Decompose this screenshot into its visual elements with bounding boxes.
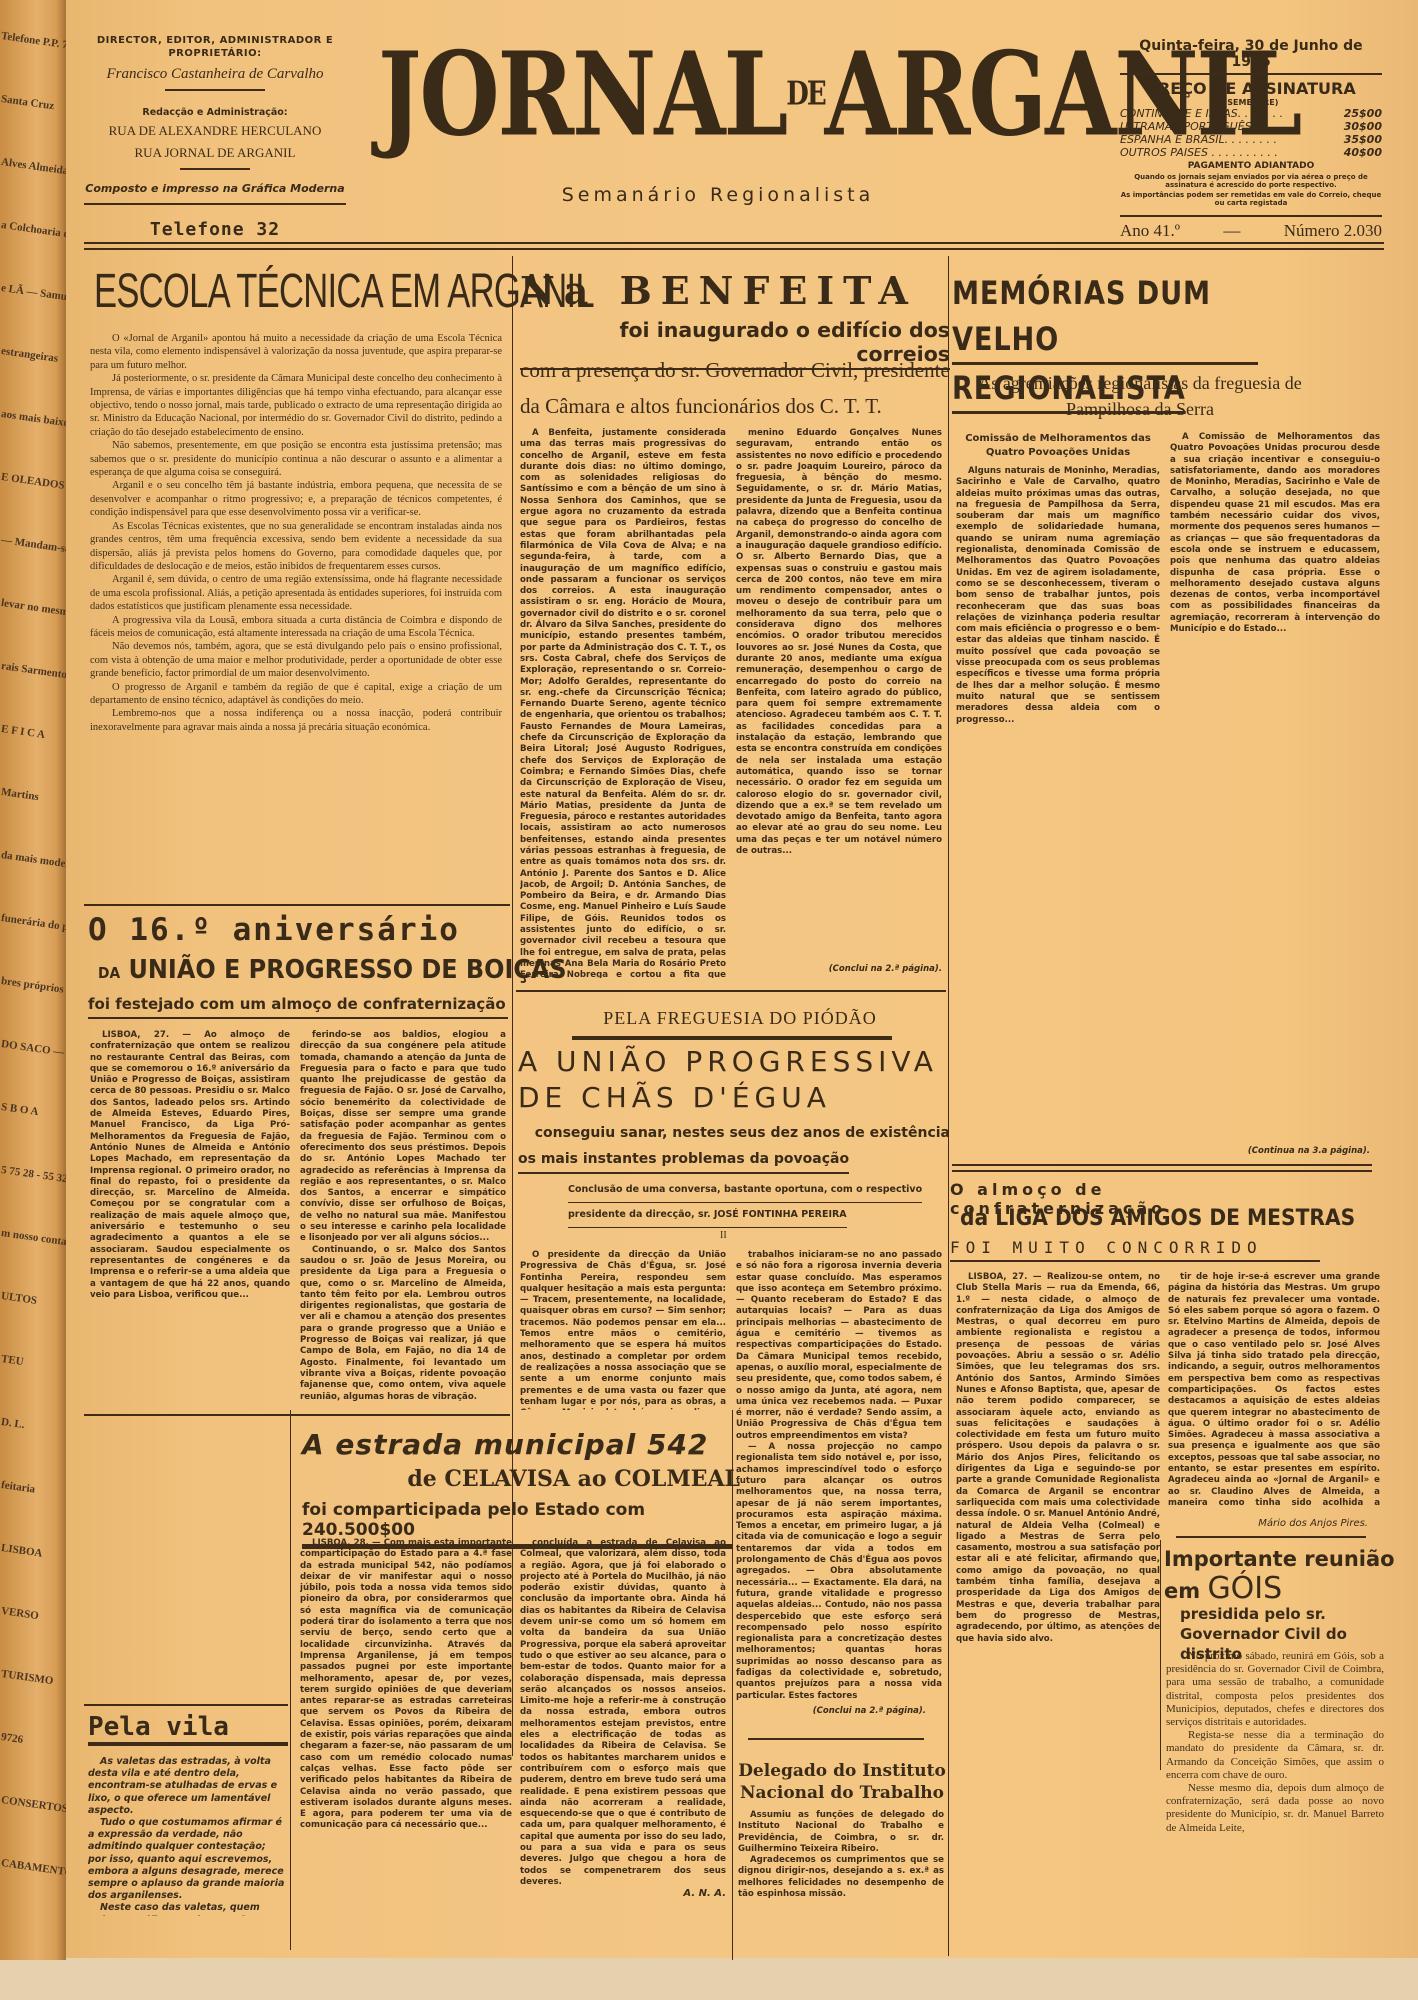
headline-boicas: DA UNIÃO E PROGRESSO DE BOIÇAS [98, 955, 484, 985]
spine-fragment: ULTOS [0, 1290, 37, 1307]
spine-fragment: aos mais baixos preços [0, 408, 66, 435]
paragraph: Não sabemos, presentemente, em que posiç… [90, 439, 502, 479]
article-liga-col1: LISBOA, 27. — Realizou-se ontem, no Club… [956, 1272, 1160, 1942]
price-row: OUTROS PAISES . . . . . . . . . .40$00 [1120, 146, 1382, 159]
printer-credit: Composto e impresso na Gráfica Moderna [84, 182, 346, 195]
issue-number: Número 2.030 [1284, 221, 1382, 241]
paragraph: Não devemos nós, também, agora, que se e… [90, 640, 502, 680]
paragraph: Arganil e o seu concelho têm já bastante… [90, 479, 502, 519]
spine-fragment: feitaria [0, 1479, 36, 1496]
staff-label: DIRECTOR, EDITOR, ADMINISTRADOR E PROPRI… [84, 34, 346, 60]
subhead-celavisa: de CELAVISA ao COLMEAL [380, 1466, 740, 1492]
article-escola-tecnica: O «Jornal de Arganil» apontou há muito a… [90, 332, 502, 900]
spine-fragment: rais Sarmento, 104 [0, 660, 66, 684]
price-list: CONTINENTE E ILHAS. . . . . . .25$00ULTR… [1120, 107, 1382, 159]
article-pela-vila: As valetas das estradas, à volta desta v… [88, 1756, 286, 1916]
article-gois: No próximo sábado, reunirá em Góis, sob … [1166, 1650, 1384, 1910]
article-memorias-col1: Comissão de Melhoramentos das Quatro Pov… [956, 432, 1160, 1122]
headline-escola-tecnica: ESCOLA TÉCNICA EM ARGANIL [94, 262, 385, 322]
spine-fragment: Santa Cruz [0, 93, 55, 112]
phone-number: Telefone 32 [84, 219, 346, 240]
spine-fragment: — Mandam-se buscar [0, 534, 66, 560]
article-memorias-col2: A Comissão de Melhoramentos das Quatro P… [1170, 432, 1380, 1122]
spine-fragment: S B O A [0, 1101, 39, 1118]
subhead-liga: FOI MUITO CONCORRIDO [950, 1238, 1320, 1262]
spine-fragment: bres próprios [0, 975, 64, 996]
spine-fragment: VERSO [0, 1605, 39, 1622]
paragraph: Nesse mesmo dia, depois dum almoço de co… [1166, 1782, 1384, 1835]
article-delegado: Assumiu as funções de delegado do Instit… [738, 1810, 944, 1900]
address-line: RUA DE ALEXANDRE HERCULANO [84, 122, 346, 140]
paragraph: Arganil é, sem dúvida, o centro de uma r… [90, 573, 502, 613]
interview-note: Conclusão de uma conversa, bastante opor… [568, 1178, 948, 1228]
spine-fragment: DO SACO — 42 [0, 1038, 66, 1061]
spine-fragment: LISBOA [0, 1542, 43, 1560]
section-number: II [720, 1230, 727, 1241]
paragraph: Assumiu as funções de delegado do Instit… [738, 1810, 944, 1855]
article-boicas-col2: ferindo-se aos baldios, elogiou a direcç… [300, 1030, 506, 1410]
spine-fragment: estrangeiras [0, 345, 59, 365]
subhead-benfeita: com a presença do sr. Governador Civil, … [520, 352, 950, 424]
headline-chas-degua: A UNIÃO PROGRESSIVA DE CHÃS D'ÉGUA [518, 1044, 950, 1116]
spine-fragment: CABAMENTO [0, 1857, 66, 1879]
price-title: PREÇO DE ASSINATURA [1120, 79, 1382, 98]
paragraph: Já posteriormente, o sr. presidente da C… [90, 372, 502, 439]
masthead-info-box: Quinta-feira, 30 de Junho de 1966 PREÇO … [1120, 38, 1382, 241]
spine-fragment: TURISMO [0, 1668, 54, 1687]
subhead-boicas: foi festejado com um almoço de confrater… [88, 995, 508, 1019]
spine-fragment: Alves Almeida [0, 156, 66, 177]
continuation-note: (Conclui na 2.ª página). [736, 1706, 926, 1716]
headline-pela-vila: Pela vila [88, 1712, 288, 1746]
headline-liga: da LIGA DOS AMIGOS DE MESTRAS [960, 1206, 1300, 1231]
headline-gois: Importante reunião em GÓIS [1164, 1544, 1404, 1606]
spine-fragment: D. L. [0, 1416, 25, 1431]
adjacent-page-spine: Telefone P.P. 75 43Santa CruzAlves Almei… [0, 0, 66, 1960]
continuation-note: (Continua na 3.a página). [1170, 1146, 1370, 1156]
article-estrada-col1: LISBOA, 28. — Com mais esta importante c… [300, 1538, 512, 1950]
newspaper-logo: JORNALDEARGANIL Semanário Regionalista [378, 38, 1058, 208]
headline-estrada: A estrada municipal 542 [302, 1428, 742, 1461]
remittance-note: As importâncias podem ser remetidas em v… [1120, 191, 1382, 207]
paragraph: Regista-se nesse dia a terminação do man… [1166, 1729, 1384, 1782]
spine-fragment: E F I C A [0, 723, 45, 741]
headline-delegado: Delegado do Instituto Nacional do Trabal… [738, 1760, 946, 1804]
spine-fragment: 5 75 28 - 55 32 31 [0, 1164, 66, 1187]
subhead-memorias: As agremiações regionalistas da freguesi… [960, 370, 1320, 422]
issue-date: Quinta-feira, 30 de Junho de 1966 [1120, 38, 1382, 75]
price-period: (SEMESTRE) [1120, 98, 1382, 107]
continuation-note: (Conclui na 2.ª página). [736, 964, 942, 974]
logo-title: JORNALDEARGANIL [378, 1, 1058, 189]
paragraph: O «Jornal de Arganil» apontou há muito a… [90, 332, 502, 372]
spine-fragment: CONSERTOS [0, 1794, 66, 1815]
article-boicas-col1: LISBOA, 27. — Ao almoço de confraterniza… [90, 1030, 290, 1410]
paragraph: Agradecemos os cumprimentos que se digno… [738, 1855, 944, 1900]
article-estrada-col2: concluída a estrada de Celavisa ao Colme… [520, 1538, 726, 1950]
spine-fragment: E OLEADOS [0, 471, 65, 492]
price-row: CONTINENTE E ILHAS. . . . . . .25$00 [1120, 107, 1382, 120]
owner-name: Francisco Castanheira de Carvalho [84, 66, 346, 83]
article-piodao-col1: O presidente da direcção da União Progre… [520, 1250, 726, 1410]
redaction-label: Redacção e Administração: [84, 107, 346, 118]
article-liga-col2: tir de hoje ir-se-á escrever uma grande … [1168, 1272, 1380, 1508]
paragraph: O progresso de Arganil e também da regiã… [90, 681, 502, 708]
article-benfeita-col1: A Benfeita, justamente considerada uma d… [520, 428, 726, 978]
kicker-benfeita: Na BENFEITA [520, 268, 950, 313]
signature: Mário dos Anjos Pires. [1168, 1518, 1368, 1529]
spine-fragment: levar no mesmo dia [0, 597, 66, 622]
kicker-piodao: PELA FREGUESIA DO PIÓDÃO [540, 1008, 940, 1029]
spine-fragment: Telefone P.P. 75 43 [0, 30, 66, 54]
paragraph: Neste caso das valetas, quem quiser cert… [88, 1902, 286, 1916]
address-line: RUA JORNAL DE ARGANIL [84, 144, 346, 162]
payment-terms: PAGAMENTO ADIANTADO [1120, 161, 1382, 171]
year: Ano 41.º [1120, 221, 1180, 241]
price-row: ULTRAMAR PORTUGUÊS . . . . . .30$00 [1120, 120, 1382, 133]
kicker-aniversario: O 16.º aniversário [88, 912, 508, 948]
spine-fragment: e LÃ — Samuel [0, 282, 66, 304]
subhead-chas-degua: conseguiu sanar, nestes seus dez anos de… [518, 1120, 950, 1174]
spine-fragment: m nosso contacto [0, 1227, 66, 1250]
paragraph: Lembremo-nos que a nossa indiferença ou … [90, 707, 502, 734]
spine-fragment: TEU [0, 1353, 24, 1368]
spine-fragment: 9726 [0, 1731, 23, 1746]
spine-fragment: a Colchoaria da Baixa [0, 219, 66, 245]
dash: — [1223, 221, 1240, 241]
masthead-staff-box: DIRECTOR, EDITOR, ADMINISTRADOR E PROPRI… [84, 34, 346, 240]
paragraph: A progressiva vila da Lousã, embora situ… [90, 614, 502, 641]
issue-info: Ano 41.º — Número 2.030 [1120, 215, 1382, 241]
article-piodao-col2: trabalhos iniciaram-se no ano passado e … [736, 1250, 942, 1700]
paragraph: No próximo sábado, reunirá em Góis, sob … [1166, 1650, 1384, 1729]
paragraph: Tudo o que costumamos afirmar é a expres… [88, 1817, 286, 1902]
article-benfeita-col2: menino Eduardo Gonçalves Nunes seguravam… [736, 428, 942, 962]
airmail-note: Quando os jornais sejam enviados por via… [1120, 173, 1382, 189]
paragraph: As Escolas Técnicas existentes, que no s… [90, 520, 502, 574]
spine-fragment: funerária do país [0, 912, 66, 935]
scan-background [0, 1958, 1418, 2000]
spine-fragment: da mais moderna [0, 849, 66, 872]
paragraph: As valetas das estradas, à volta desta v… [88, 1756, 286, 1817]
price-row: ESPANHA E BRASIL. . . . . . . .35$00 [1120, 133, 1382, 146]
spine-fragment: Martins [0, 786, 39, 803]
